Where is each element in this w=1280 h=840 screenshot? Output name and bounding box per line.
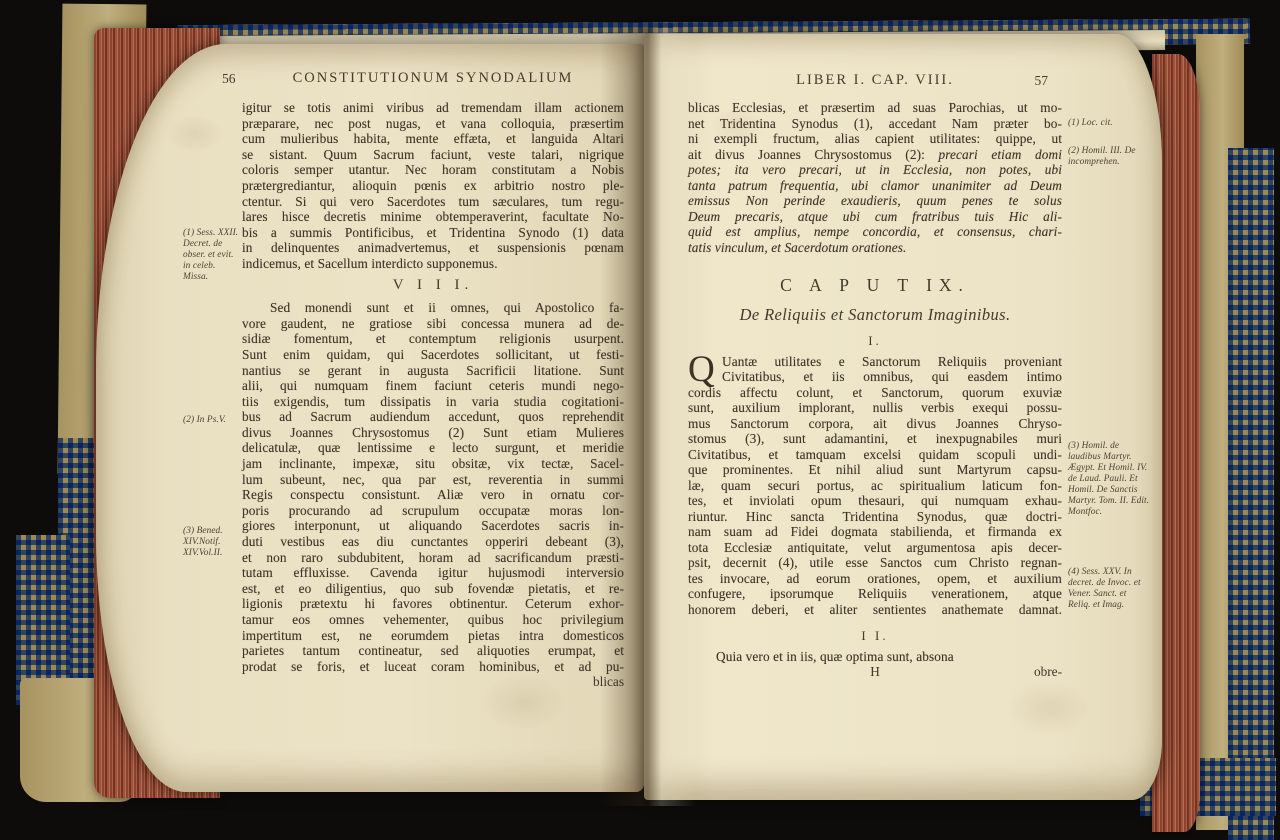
text-line: se sistant. Quum Sacrum faciunt, veste t… <box>242 147 624 163</box>
text-line: Sunt enim quidam, qui Sacerdotes sollici… <box>242 347 624 363</box>
catchword: obre- <box>1034 664 1062 680</box>
chapter-text: C A P U T IX. <box>688 278 1062 294</box>
left-running-title: CONSTITUTIONUM SYNODALIUM <box>242 70 624 87</box>
margin-note: (2) Homil. III. De incomprehen. <box>1068 146 1150 168</box>
text-line: tamur eos omnes vehementer, quibus hoc p… <box>242 612 624 628</box>
text-line: honorem deberi, et aliter sentientes ana… <box>688 602 1062 618</box>
text-line: ait divus Joannes Chrysostomus (2): prec… <box>688 147 1062 163</box>
subheading-text: De Reliquiis et Sanctorum Imaginibus. <box>688 307 1062 323</box>
text-line: tes invocare, ad eorum orationes, opem, … <box>688 571 1062 587</box>
text-line: coloris semper utantur. Nec horam consti… <box>242 162 624 178</box>
text-line: mus Sanctorum corpora, ait divus Joannes… <box>688 416 1062 432</box>
paragraph: blicas Ecclesias, et præsertim ad suas P… <box>688 100 1062 255</box>
text-line: delicatulæ, quæ lentissime e lecto surgu… <box>242 440 624 456</box>
text-line: confugere, ipsorumque Reliquiis venerati… <box>688 586 1062 602</box>
text-line: tota Ecclesiæ antiquitate, velut argumen… <box>688 540 1062 556</box>
text-line: bis a summis Pontificibus, et Tridentina… <box>242 225 624 241</box>
text-line: ctentur. Si qui vero Sacerdotes tum sæcu… <box>242 194 624 210</box>
margin-note: (3) Bened. XIV.Notif. XIV.Vol.II. <box>183 526 240 559</box>
text-line: vore gaudent, ne gratiose sibi concessa … <box>242 316 624 332</box>
text-line: in delinquentes animadvertemus, et suspe… <box>242 240 624 256</box>
right-page-header: LIBER I. CAP. VIII. 57 <box>688 72 1062 90</box>
margin-note: (2) In Ps.V. <box>183 415 240 426</box>
text-line: cordis affectu colunt, et Sanctorum, quo… <box>688 385 1062 401</box>
text-line: tutam effluxisse. Cavenda igitur hujusmo… <box>242 565 624 581</box>
margin-note: (1) Sess. XXII. Decret. de obser. et evi… <box>183 228 240 283</box>
text-line: lares hisce decretis minime obtemperaver… <box>242 209 624 225</box>
section-text: I. <box>688 333 1062 349</box>
right-text-column: blicas Ecclesias, et præsertim ad suas P… <box>688 100 1062 680</box>
text-line: prætergrediantur, alioquin pœnis ex arbi… <box>242 178 624 194</box>
text-line: potes; ita vero precari, ut in Ecclesia,… <box>688 162 1062 178</box>
text-line: præparare, nec post nugas, et vana collo… <box>242 116 624 132</box>
text-line: prodat se foris, et luceat coram hominib… <box>242 659 624 675</box>
text-line: stomus (3), sunt adamantini, et inexpugn… <box>688 431 1062 447</box>
text-line: blicas Ecclesias, et præsertim ad suas P… <box>688 100 1062 116</box>
left-page-header: 56 CONSTITUTIONUM SYNODALIUM <box>242 70 624 88</box>
text-line: tiis exigendis, tum dissipatis in varia … <box>242 394 624 410</box>
text-line: jam inclinante, impexæ, situ obsitæ, vix… <box>242 456 624 472</box>
left-text-column: igitur se totis animi viribus ad tremend… <box>242 100 624 690</box>
text-line: tanta patrum frequentia, ubi clamor unan… <box>688 178 1062 194</box>
text-line: Sed monendi sunt et ii omnes, qui Aposto… <box>242 300 624 316</box>
text-line: net Tridentina Synodus (1), accedant Nam… <box>688 116 1062 132</box>
text-line: quid est amplius, nempe concordia, et co… <box>688 224 1062 240</box>
section-text: I I. <box>688 628 1062 644</box>
cover-checkered-edge-right <box>1228 148 1274 840</box>
text-line: cum mulieribus habita, mente effæta, et … <box>242 131 624 147</box>
text-line: alii, qui numquam finem faciunt ceteris … <box>242 378 624 394</box>
margin-note: (3) Homil. de laudibus Martyr. Ægypt. Et… <box>1068 441 1150 518</box>
signature-mark: H <box>870 664 880 680</box>
text-line: sunt, auxilium implorant, nullis verbis … <box>688 400 1062 416</box>
text-line: psit, decernit (4), utile esse Sanctos c… <box>688 555 1062 571</box>
text-line: bus ad Sacrum audiendum accedunt, quos r… <box>242 409 624 425</box>
paragraph: Quia vero et in iis, quæ optima sunt, ab… <box>688 649 1062 665</box>
book-scan-photo: 56 CONSTITUTIONUM SYNODALIUM (1) Sess. X… <box>0 0 1280 840</box>
text-line: divus Joannes Chrysostomus (2) Sunt etia… <box>242 425 624 441</box>
right-page: LIBER I. CAP. VIII. 57 (1) Loc. cit.(2) … <box>644 34 1162 800</box>
text-line: ni exempli fructum, alias capient utilit… <box>688 131 1062 147</box>
text-line: Uantæ utilitates e Sanctorum Reliquiis p… <box>688 354 1062 370</box>
text-line: Deum precaris, atque ubi cum fratribus t… <box>688 209 1062 225</box>
text-line: indicemus, et Sacellum interdicto suppon… <box>242 256 624 272</box>
text-line: igitur se totis animi viribus ad tremend… <box>242 100 624 116</box>
text-line: tes, et inviolati opum thesauri, qui num… <box>688 493 1062 509</box>
text-line: riuntur. Hinc sancta Tridentina Synodus,… <box>688 509 1062 525</box>
text-line: sidiæ fomentum, et contemptum religionis… <box>242 331 624 347</box>
margin-note: (4) Sess. XXV. In decret. de Invoc. et V… <box>1068 567 1150 611</box>
heading-text: V I I I. <box>242 278 624 294</box>
text-line: parietes tantum contineatur, sed aliquot… <box>242 643 624 659</box>
text-line: Regis conspectu consistunt. Aliæ vero in… <box>242 487 624 503</box>
left-page: 56 CONSTITUTIONUM SYNODALIUM (1) Sess. X… <box>96 44 644 792</box>
right-running-title: LIBER I. CAP. VIII. <box>688 72 1062 89</box>
text-line: poris procurando ad scrupulum occupatæ m… <box>242 503 624 519</box>
text-line: ligionis prætextu hi favores obtinentur.… <box>242 596 624 612</box>
text-line: que prominentes. Et nihil aliud sunt Mar… <box>688 462 1062 478</box>
signature-line: Hobre- <box>688 664 1062 680</box>
right-page-number: 57 <box>1035 73 1049 89</box>
text-line: emissus Non perinde exaudieris, quum pen… <box>688 193 1062 209</box>
text-line: Civitatibus, et tamquam excelsi quidam s… <box>688 447 1062 463</box>
text-line: et non raro subdubitent, horam ad sacrif… <box>242 550 624 566</box>
paragraph: QUantæ utilitates e Sanctorum Reliquiis … <box>688 354 1062 618</box>
paragraph: Sed monendi sunt et ii omnes, qui Aposto… <box>242 300 624 674</box>
text-line: nam suam ad Fidei dogmata stabilienda, e… <box>688 524 1062 540</box>
text-line: est, et eo diligentius, quo sub fovendæ … <box>242 581 624 597</box>
text-line: duti vestibus eas diu cunctantes opperir… <box>242 534 624 550</box>
text-line: giores interponunt, ut aliquando Sacerdo… <box>242 518 624 534</box>
drop-cap: Q <box>688 355 715 385</box>
text-line: nantius se gerant in augusta Sacrificii … <box>242 363 624 379</box>
text-line: læ, quam securi portus, ac spiritualium … <box>688 478 1062 494</box>
text-line: tatis vinculum, et Sacerdotum orationes. <box>688 240 1062 256</box>
text-line: Quia vero et in iis, quæ optima sunt, ab… <box>688 649 1062 665</box>
catchword: blicas <box>242 674 624 690</box>
text-line: impertitum est, ne eorumdem pietas intra… <box>242 628 624 644</box>
text-line: lum subeunt, nec, qua par est, reverenti… <box>242 472 624 488</box>
margin-note: (1) Loc. cit. <box>1068 118 1150 129</box>
paragraph: igitur se totis animi viribus ad tremend… <box>242 100 624 272</box>
left-page-number: 56 <box>222 71 236 87</box>
text-line: Civitatibus, et iis omnibus, qui easdem … <box>688 369 1062 385</box>
